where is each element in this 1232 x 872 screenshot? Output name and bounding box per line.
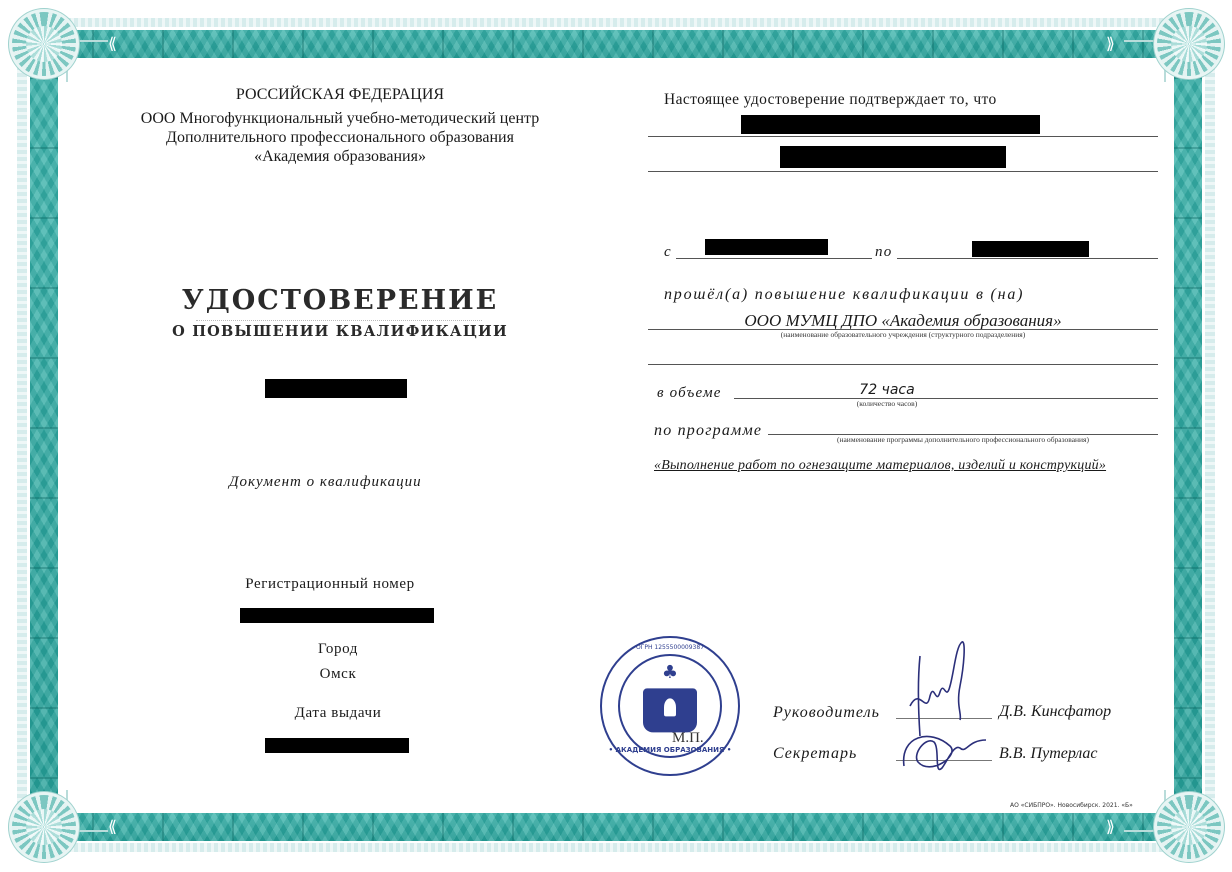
country-heading: РОССИЙСКАЯ ФЕДЕРАЦИЯ [100, 85, 580, 105]
from-label: с [664, 244, 672, 261]
ornament-arrow-icon: ⟫ [1106, 36, 1115, 52]
holder-surname-line [648, 136, 1158, 137]
document-type-label: Документ о квалификации [229, 474, 422, 491]
to-line [897, 258, 1158, 259]
rosette-top-right-icon [1157, 12, 1221, 76]
open-book-pen-icon [643, 688, 697, 732]
director-role-label: Руководитель [773, 704, 880, 722]
institution-line-2 [648, 364, 1158, 365]
ornament-arrow-icon: ⟪ [108, 819, 117, 835]
to-label: по [875, 244, 892, 261]
seal-bottom-text: • АКАДЕМИЯ ОБРАЗОВАНИЯ • [602, 746, 738, 754]
org-name-line-2: Дополнительного профессионального образо… [100, 128, 580, 148]
holder-name-redacted [780, 146, 1006, 168]
rosette-bottom-right-icon [1157, 795, 1221, 859]
clover-icon: ♣ [662, 664, 678, 682]
program-label: по программе [654, 422, 762, 440]
border-outer-right [1205, 60, 1215, 812]
program-caption: (наименование программы дополнительного … [768, 435, 1158, 444]
intro-text: Настоящее удостоверение подтверждает то,… [664, 91, 997, 109]
volume-label: в объеме [657, 385, 722, 402]
border-outer-left [17, 60, 27, 812]
handwritten-signature-icon [890, 636, 990, 786]
director-name: Д.В. Кинсфатор [999, 703, 1111, 721]
ornament-arrow-icon: ⟫ [1106, 819, 1115, 835]
program-value: «Выполнение работ по огнезащите материал… [654, 458, 1106, 474]
reg-number-label: Регистрационный номер [200, 576, 460, 593]
printer-imprint: АО «СИБПРО». Новосибирск. 2021. «Б» [1010, 802, 1133, 809]
from-date-redacted [705, 239, 828, 255]
org-name-line-3: «Академия образования» [100, 147, 580, 167]
issue-date-redacted [265, 738, 409, 753]
seal-ring-text: ОГРН 1255500009387 [602, 644, 738, 651]
institution-value: ООО МУМЦ ДПО «Академия образования» [648, 311, 1158, 331]
secretary-name: В.В. Путерлас [999, 745, 1098, 763]
from-line [676, 258, 872, 259]
border-outer-top [60, 18, 1172, 27]
secretary-role-label: Секретарь [773, 745, 857, 763]
official-seal: ОГРН 1255500009387 ♣ М.П. • АКАДЕМИЯ ОБР… [600, 636, 740, 776]
completed-text: прошёл(а) повышение квалификации в (на) [664, 286, 1024, 304]
issue-date-label: Дата выдачи [238, 705, 438, 722]
reg-number-redacted [240, 608, 434, 623]
document-title: УДОСТОВЕРЕНИЕ [150, 285, 530, 316]
institution-caption: (наименование образовательного учреждени… [648, 330, 1158, 339]
org-name-line-1: ООО Многофункциональный учебно-методичес… [100, 109, 580, 129]
document-subtitle: О ПОВЫШЕНИИ КВАЛИФИКАЦИИ [150, 323, 530, 340]
rosette-bottom-left-icon [12, 795, 76, 859]
border-band-right [1174, 58, 1202, 813]
title-divider [196, 320, 482, 321]
seal-place-mark: М.П. [672, 730, 704, 747]
document-number-redacted [265, 379, 407, 398]
border-band-bottom [58, 813, 1174, 841]
holder-surname-redacted [741, 115, 1040, 134]
border-band-top [58, 30, 1174, 58]
city-value: Омск [238, 666, 438, 683]
volume-caption: (количество часов) [734, 399, 1040, 408]
border-band-left [30, 58, 58, 813]
to-date-redacted [972, 241, 1089, 257]
volume-value: 72 часа [734, 382, 1040, 398]
city-label: Город [238, 641, 438, 658]
rosette-top-left-icon [12, 12, 76, 76]
holder-name-line [648, 171, 1158, 172]
border-outer-bottom [60, 843, 1172, 852]
ornament-arrow-icon: ⟪ [108, 36, 117, 52]
